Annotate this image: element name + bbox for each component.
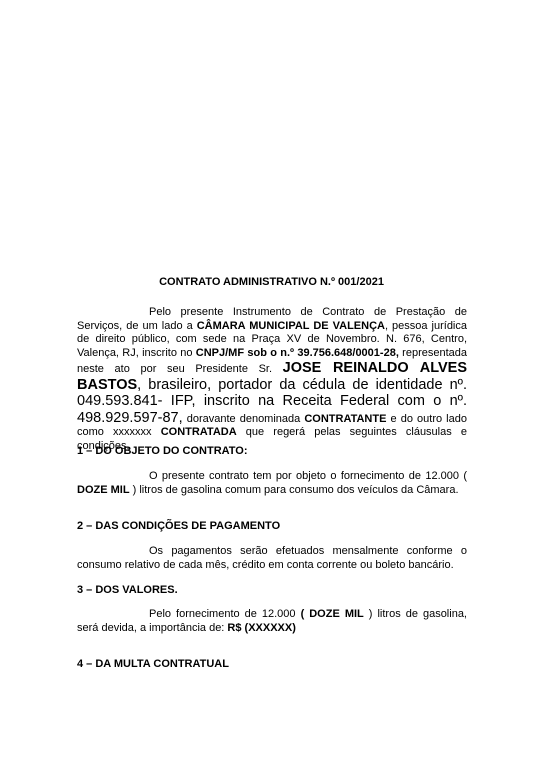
section-4-heading: 4 – DA MULTA CONTRATUAL xyxy=(77,658,229,671)
section-3-body: Pelo fornecimento de 12.000 ( DOZE MIL )… xyxy=(77,608,467,635)
preamble-paragraph: Pelo presente Instrumento de Contrato de… xyxy=(77,306,467,453)
section-3-heading: 3 – DOS VALORES. xyxy=(77,584,178,597)
section-1-heading: 1 – DO OBJETO DO CONTRATO: xyxy=(77,445,248,458)
preamble-text-5: doravante denominada xyxy=(183,413,305,425)
contratante-label: CONTRATANTE xyxy=(304,413,386,425)
party1-name: CÂMARA MUNICIPAL DE VALENÇA xyxy=(197,320,385,332)
section-2-text: Os pagamentos serão efetuados mensalment… xyxy=(77,545,467,572)
section-1-body: O presente contrato tem por objeto o for… xyxy=(77,470,467,497)
section-3-amount: R$ (XXXXXX) xyxy=(227,622,295,634)
document-page: CONTRATO ADMINISTRATIVO N.º 001/2021 Pel… xyxy=(0,0,543,768)
section-1-text-b: ) litros de gasolina comum para consumo … xyxy=(130,484,459,496)
section-2-body: Os pagamentos serão efetuados mensalment… xyxy=(77,545,467,572)
section-1-quantity-words: DOZE MIL xyxy=(77,484,130,496)
cnpj-number: CNPJ/MF sob o n.º 39.756.648/0001-28, xyxy=(196,347,399,359)
section-3-quantity-words: ( DOZE MIL xyxy=(301,608,364,620)
section-3-text-a: Pelo fornecimento de 12.000 xyxy=(149,608,301,620)
section-1-text-a: O presente contrato tem por objeto o for… xyxy=(149,470,467,482)
document-title: CONTRATO ADMINISTRATIVO N.º 001/2021 xyxy=(0,276,543,289)
section-2-heading: 2 – DAS CONDIÇÕES DE PAGAMENTO xyxy=(77,520,280,533)
contratada-label: CONTRATADA xyxy=(161,426,237,438)
